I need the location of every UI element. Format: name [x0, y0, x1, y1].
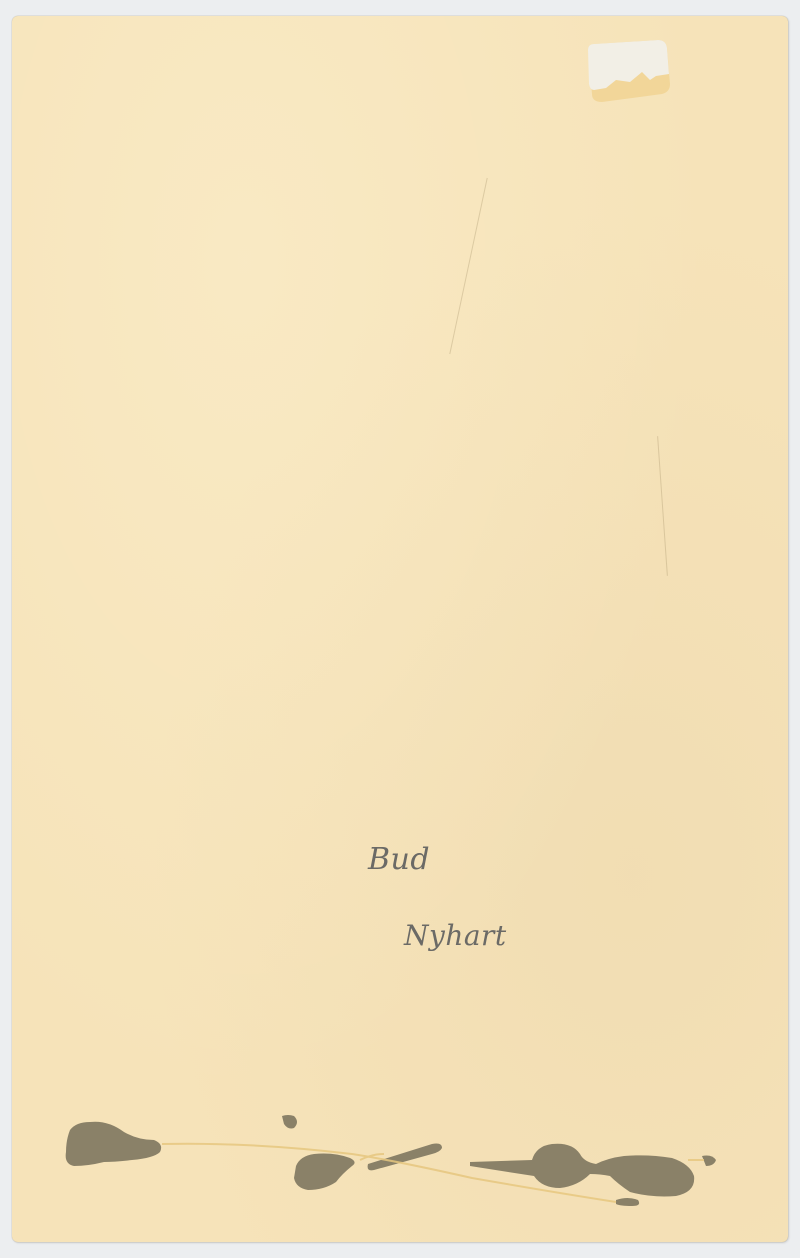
handwriting-first-name: Bud: [368, 842, 430, 877]
ink-stains: [12, 16, 788, 1242]
handwriting-last-name: Nyhart: [404, 919, 507, 952]
paper-crease: [657, 436, 668, 576]
card-back: Bud Nyhart: [12, 16, 788, 1242]
paper-crease: [449, 178, 487, 354]
tape-remnant: [582, 36, 670, 108]
